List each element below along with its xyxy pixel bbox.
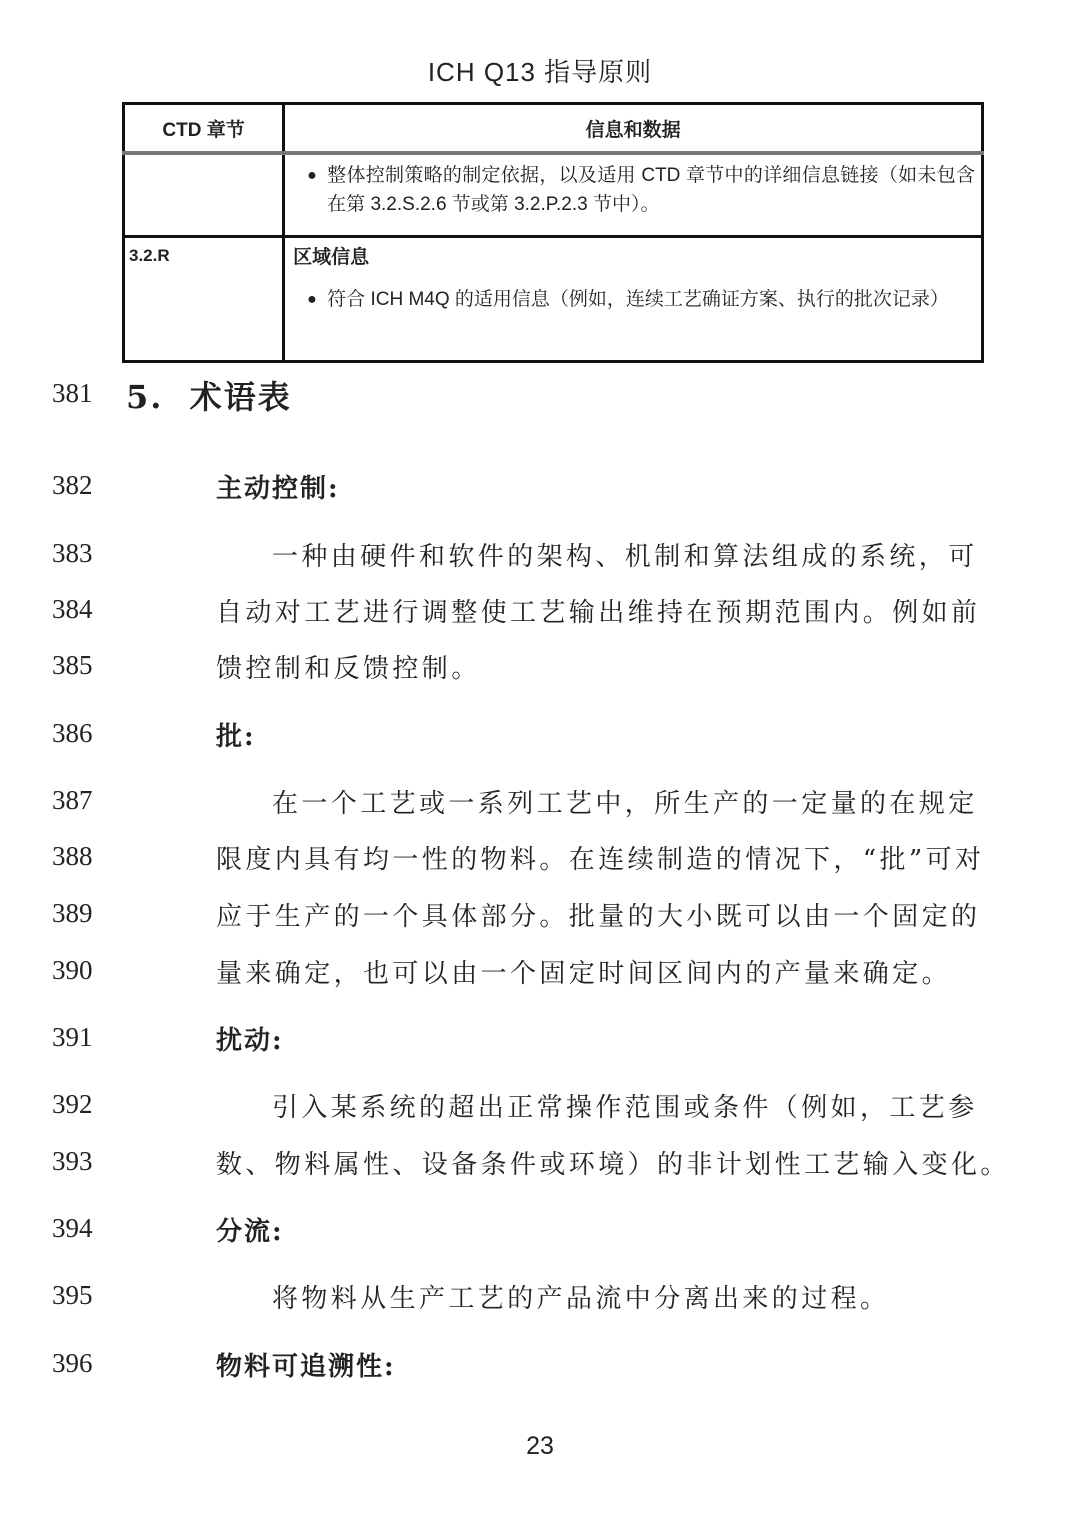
definition-text: 馈控制和反馈控制。 (216, 648, 978, 685)
line-number: 387 (52, 785, 93, 816)
definition-text: 数、物料属性、设备条件或环境）的非计划性工艺输入变化。 (216, 1144, 978, 1181)
definition-text: 应于生产的一个具体部分。批量的大小既可以由一个固定的 (216, 896, 978, 933)
section-heading: 5. 术语表 (126, 372, 292, 418)
document-line: 390 量来确定，也可以由一个固定时间区间内的产量来确定。 (0, 955, 1080, 995)
glossary-term: 主动控制: (216, 468, 978, 505)
line-number: 384 (52, 594, 93, 625)
document-line: 389 应于生产的一个具体部分。批量的大小既可以由一个固定的 (0, 898, 1080, 938)
line-number: 386 (52, 718, 93, 749)
table-row: ● 整体控制策略的制定依据，以及适用 CTD 章节中的详细信息链接（如未包含在第… (124, 153, 983, 237)
table-header-row: CTD 章节 信息和数据 (124, 104, 983, 154)
line-number: 391 (52, 1022, 93, 1053)
glossary-term: 物料可追溯性: (216, 1346, 978, 1383)
glossary-term: 批: (216, 716, 978, 753)
table-row: 3.2.R 区域信息 ● 符合 ICH M4Q 的适用信息（例如，连续工艺确证方… (124, 237, 983, 362)
line-number: 393 (52, 1146, 93, 1177)
document-line: 385 馈控制和反馈控制。 (0, 650, 1080, 690)
line-number: 396 (52, 1348, 93, 1379)
definition-text: 将物料从生产工艺的产品流中分离出来的过程。 (272, 1278, 1034, 1315)
document-line: 391 扰动: (0, 1022, 1080, 1062)
line-number: 395 (52, 1280, 93, 1311)
definition-text: 量来确定，也可以由一个固定时间区间内的产量来确定。 (216, 953, 978, 990)
line-number: 383 (52, 538, 93, 569)
info-cell: 区域信息 ● 符合 ICH M4Q 的适用信息（例如，连续工艺确证方案、执行的批… (284, 237, 983, 362)
bullet-icon: ● (307, 161, 327, 219)
line-number: 389 (52, 898, 93, 929)
document-line: 393 数、物料属性、设备条件或环境）的非计划性工艺输入变化。 (0, 1146, 1080, 1186)
document-line: 396 物料可追溯性: (0, 1348, 1080, 1388)
glossary-term: 分流: (216, 1211, 978, 1248)
document-line: 386 批: (0, 718, 1080, 758)
page-header-title: ICH Q13 指导原则 (0, 52, 1080, 89)
document-line: 382 主动控制: (0, 470, 1080, 510)
line-number: 385 (52, 650, 93, 681)
line-number: 381 (52, 378, 93, 409)
definition-text: 自动对工艺进行调整使工艺输出维持在预期范围内。例如前 (216, 592, 978, 629)
section-number: 5. (126, 378, 163, 416)
page-number: 23 (0, 1432, 1080, 1461)
ctd-table: CTD 章节 信息和数据 ● 整体控制策略的制定依据，以及适用 CTD 章节中的… (122, 102, 984, 363)
column-header-ctd-section: CTD 章节 (124, 104, 284, 154)
document-line: 383 一种由硬件和软件的架构、机制和算法组成的系统，可 (0, 538, 1080, 578)
ctd-code-cell (124, 153, 284, 237)
definition-text: 限度内具有均一性的物料。在连续制造的情况下，“批”可对 (216, 839, 978, 876)
glossary-term: 扰动: (216, 1020, 978, 1057)
bullet-text: 符合 ICH M4Q 的适用信息（例如，连续工艺确证方案、执行的批次记录） (327, 285, 975, 314)
bullet-item: ● 整体控制策略的制定依据，以及适用 CTD 章节中的详细信息链接（如未包含在第… (285, 155, 981, 227)
line-number: 382 (52, 470, 93, 501)
line-number: 390 (52, 955, 93, 986)
bullet-item: ● 符合 ICH M4Q 的适用信息（例如，连续工艺确证方案、执行的批次记录） (285, 271, 981, 322)
section-title: 术语表 (190, 378, 292, 416)
definition-text: 在一个工艺或一系列工艺中，所生产的一定量的在规定 (272, 783, 1034, 820)
document-line: 384 自动对工艺进行调整使工艺输出维持在预期范围内。例如前 (0, 594, 1080, 634)
document-line: 395 将物料从生产工艺的产品流中分离出来的过程。 (0, 1280, 1080, 1320)
document-line: 394 分流: (0, 1213, 1080, 1253)
document-line: 388 限度内具有均一性的物料。在连续制造的情况下，“批”可对 (0, 841, 1080, 881)
column-header-info-data: 信息和数据 (284, 104, 983, 154)
definition-text: 一种由硬件和软件的架构、机制和算法组成的系统，可 (272, 536, 1034, 573)
definition-text: 引入某系统的超出正常操作范围或条件（例如，工艺参 (272, 1087, 1034, 1124)
bullet-text: 整体控制策略的制定依据，以及适用 CTD 章节中的详细信息链接（如未包含在第 3… (327, 161, 975, 219)
bullet-icon: ● (307, 285, 327, 314)
document-line: 392 引入某系统的超出正常操作范围或条件（例如，工艺参 (0, 1089, 1080, 1129)
ctd-code-cell: 3.2.R (124, 237, 284, 362)
info-subtitle: 区域信息 (285, 238, 981, 271)
info-cell: ● 整体控制策略的制定依据，以及适用 CTD 章节中的详细信息链接（如未包含在第… (284, 153, 983, 237)
document-line: 381 5. 术语表 (0, 378, 1080, 418)
line-number: 392 (52, 1089, 93, 1120)
document-line: 387 在一个工艺或一系列工艺中，所生产的一定量的在规定 (0, 785, 1080, 825)
line-number: 394 (52, 1213, 93, 1244)
line-number: 388 (52, 841, 93, 872)
